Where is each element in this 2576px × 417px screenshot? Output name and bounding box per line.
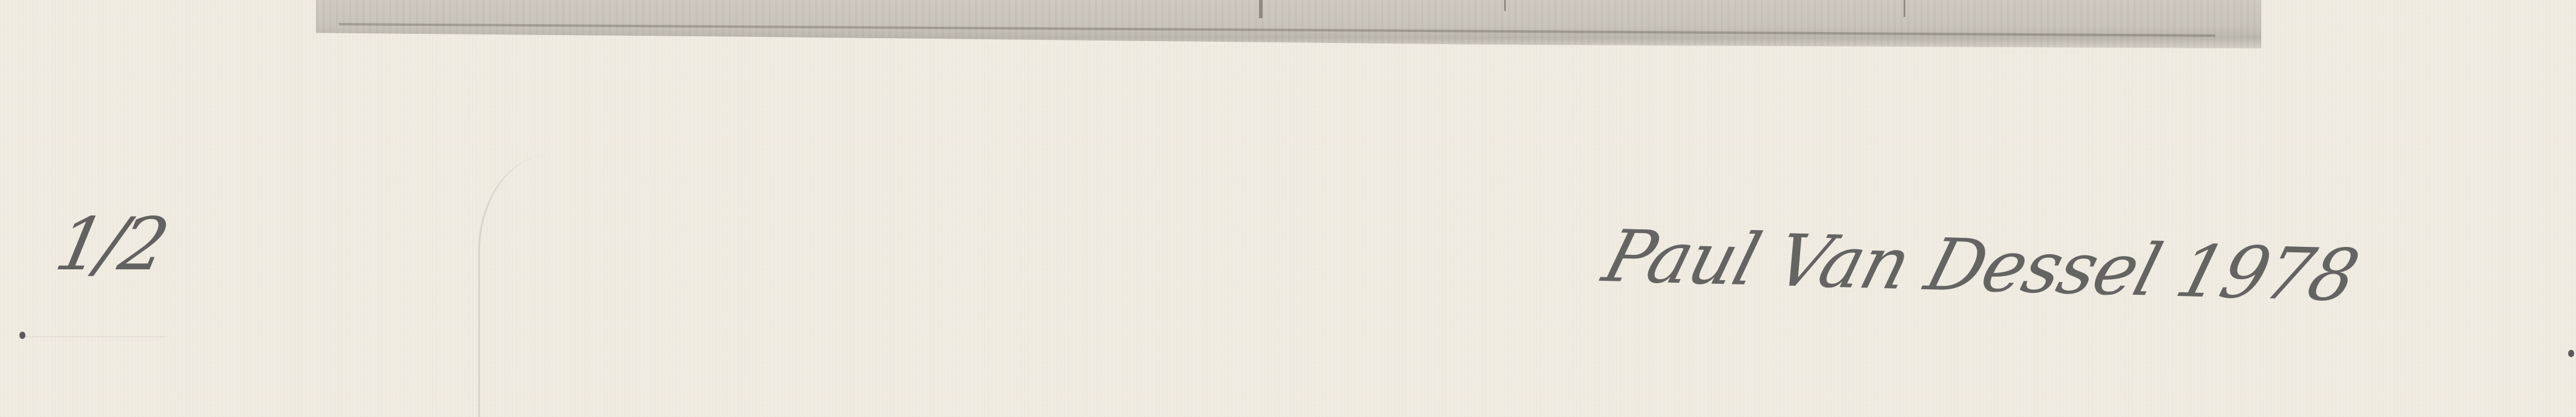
plate-mark bbox=[1504, 0, 1506, 11]
signature-year: 1978 bbox=[2167, 229, 2366, 318]
corner-mark-right bbox=[2568, 350, 2574, 357]
corner-mark-left bbox=[19, 332, 25, 339]
signature-name: Paul Van Dessel bbox=[1595, 214, 2169, 312]
edition-number: 1/2 bbox=[48, 203, 172, 287]
plate-mark bbox=[1904, 0, 1905, 17]
pencil-guide-line bbox=[22, 337, 167, 337]
paper-background bbox=[0, 0, 2576, 417]
plate-mark bbox=[1259, 0, 1263, 18]
